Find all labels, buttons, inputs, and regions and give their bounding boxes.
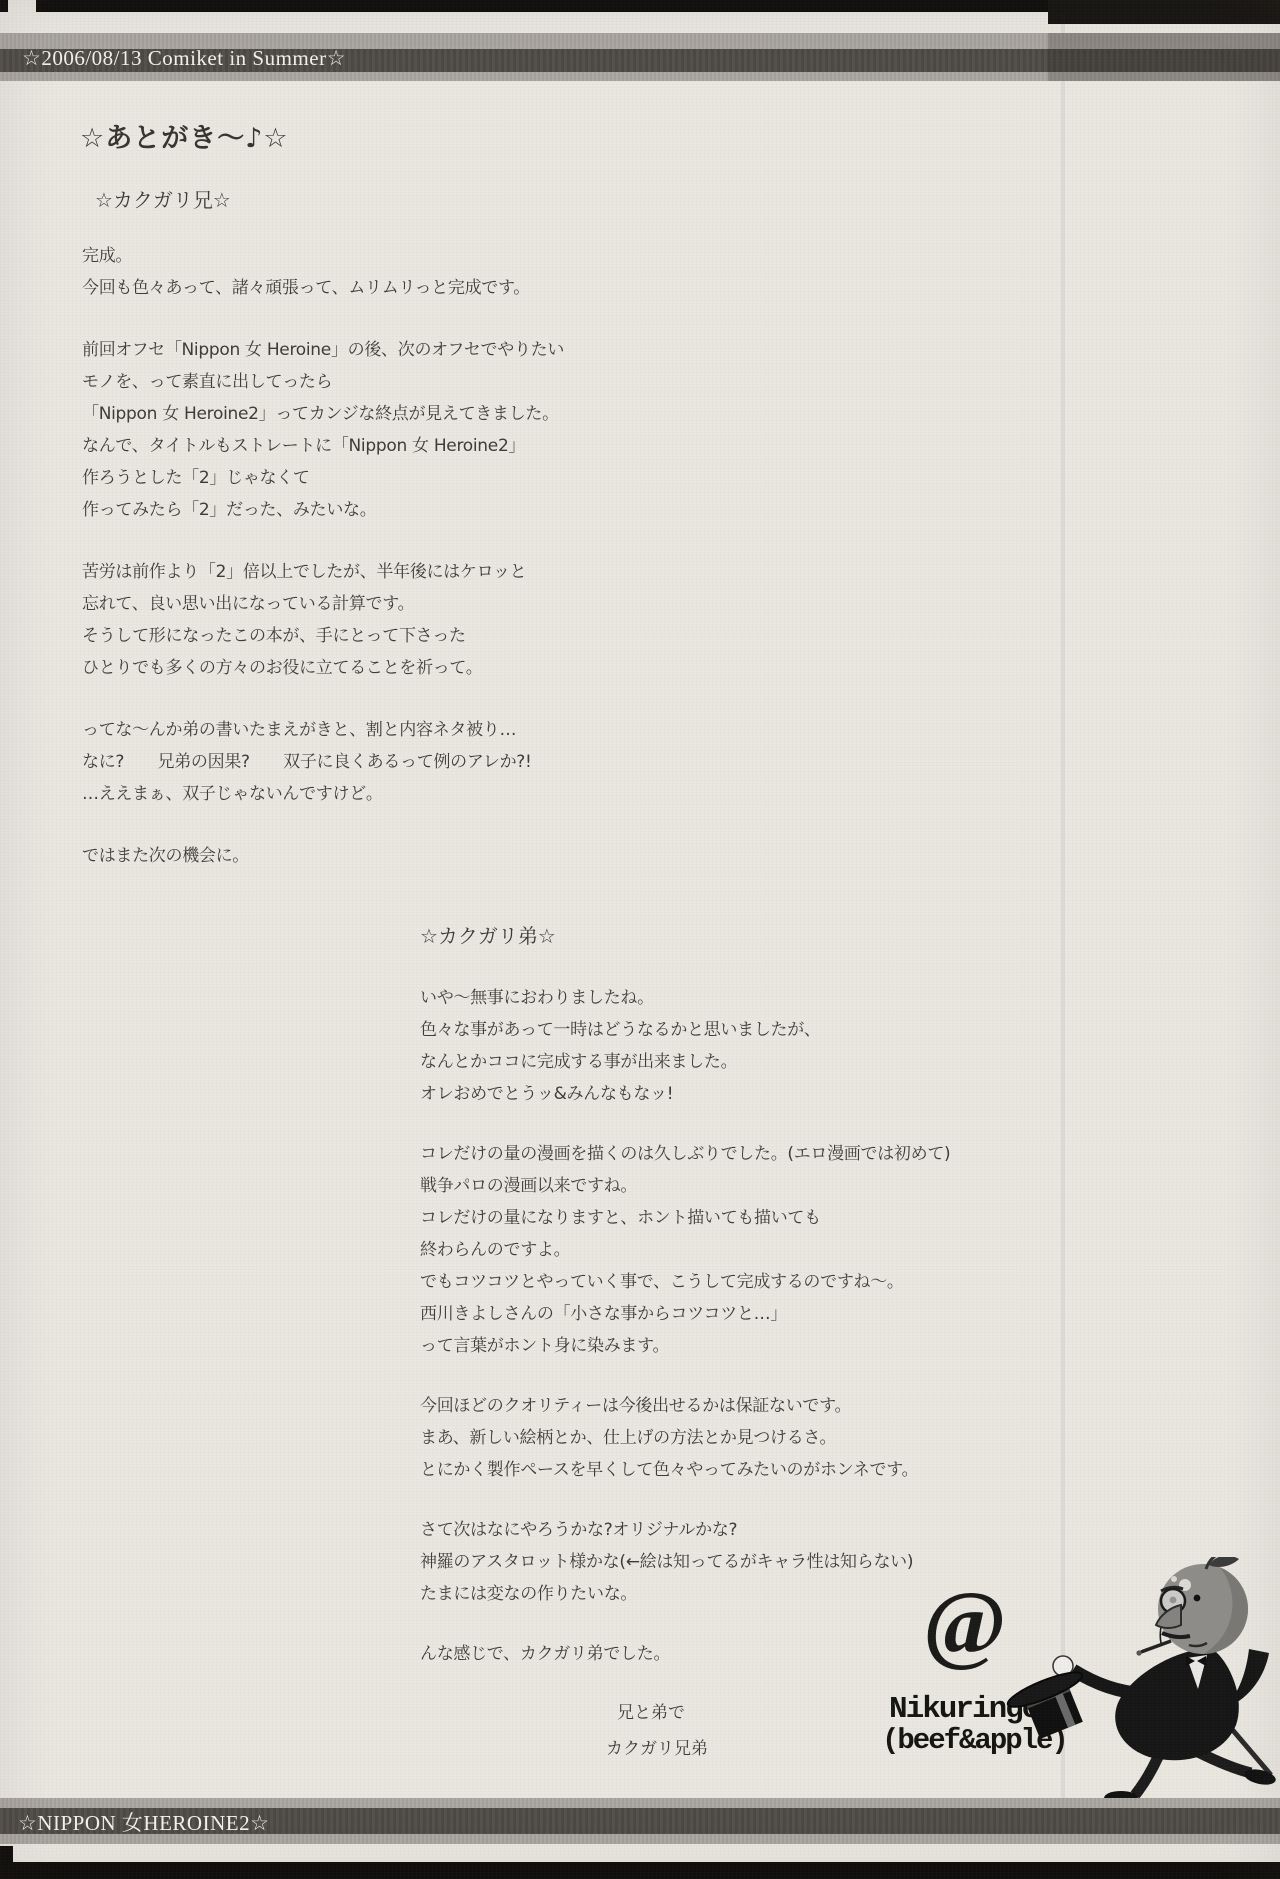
text-line: なんで、タイトルもストレートに「Nippon 女 Heroine2」 [82, 430, 564, 462]
afterword-elder-brother-text: 完成。今回も色々あって、諸々頑張って、ムリムリっと完成です。前回オフセ「Nipp… [82, 240, 564, 902]
paragraph: さて次はなにやろうかな?オリジナルかな?神羅のアスタロット様かな(←絵は知ってる… [420, 1514, 950, 1610]
text-line: 「Nippon 女 Heroine2」ってカンジな終点が見えてきました。 [82, 398, 564, 430]
text-line: 前回オフセ「Nippon 女 Heroine」の後、次のオフセでやりたい [82, 334, 564, 366]
text-line: なに? 兄弟の因果? 双子に良くあるって例のアレか?! [82, 746, 564, 778]
text-line: そうして形になったこの本が、手にとって下さった [82, 620, 564, 652]
header-event-date: ☆2006/08/13 Comiket in Summer☆ [22, 46, 346, 71]
paragraph: ではまた次の機会に。 [82, 840, 564, 872]
afterword-younger-brother-text: いや～無事におわりましたね。色々な事があって一時はどうなるかと思いましたが、なん… [420, 982, 950, 1698]
text-line: いや～無事におわりましたね。 [420, 982, 950, 1014]
header-band: ☆2006/08/13 Comiket in Summer☆ [0, 33, 1280, 81]
text-line: 戦争パロの漫画以来ですね。 [420, 1170, 950, 1202]
apple-gentleman-mascot [1003, 1557, 1278, 1807]
section-heading-elder-brother: ☆カクガリ兄☆ [95, 184, 231, 213]
paragraph: いや～無事におわりましたね。色々な事があって一時はどうなるかと思いましたが、なん… [420, 982, 950, 1110]
page-title: ☆あとがき～♪☆ [80, 116, 289, 155]
paragraph: 今回ほどのクオリティーは今後出せるかは保証ないです。まあ、新しい絵柄とか、仕上げ… [420, 1390, 950, 1486]
text-line: でもコツコツとやっていく事で、こうして完成するのですね～。 [420, 1266, 950, 1298]
page-crease-line [1061, 14, 1065, 1798]
scan-top-right-shadow [1048, 0, 1280, 24]
text-line: さて次はなにやろうかな?オリジナルかな? [420, 1514, 950, 1546]
text-line: なんとかココに完成する事が出来ました。 [420, 1046, 950, 1078]
scan-top-notch [8, 0, 36, 12]
section-heading-younger-brother: ☆カクガリ弟☆ [420, 920, 556, 949]
text-line: 作ってみたら「2」だった、みたいな。 [82, 494, 564, 526]
text-line: オレおめでとうッ&みんなもなッ! [420, 1078, 950, 1110]
signature-line-1: 兄と弟で [617, 1698, 685, 1723]
footer-band: ☆NIPPON 女HEROINE2☆ [0, 1798, 1280, 1844]
text-line: コレだけの量になりますと、ホント描いても描いても [420, 1202, 950, 1234]
text-line: …ええまぁ、双子じゃないんですけど。 [82, 778, 564, 810]
paragraph: 苦労は前作より「2」倍以上でしたが、半年後にはケロッと忘れて、良い思い出になって… [82, 556, 564, 684]
header-band-right-shade [1048, 33, 1280, 81]
cigarette [1141, 1641, 1171, 1652]
text-line: 色々な事があって一時はどうなるかと思いましたが、 [420, 1014, 950, 1046]
text-line: ひとりでも多くの方々のお役に立てることを祈って。 [82, 652, 564, 684]
paragraph: 前回オフセ「Nippon 女 Heroine」の後、次のオフセでやりたいモノを、… [82, 334, 564, 526]
text-line: 今回も色々あって、諸々頑張って、ムリムリっと完成です。 [82, 272, 564, 304]
front-leg [1135, 1757, 1158, 1795]
scan-bottom-left-mark [0, 1846, 13, 1879]
text-line: たまには変なの作りたいな。 [420, 1578, 950, 1610]
scanned-afterword-page: ☆2006/08/13 Comiket in Summer☆ ☆あとがき～♪☆ … [0, 0, 1280, 1879]
text-line: 苦労は前作より「2」倍以上でしたが、半年後にはケロッと [82, 556, 564, 588]
apple-head [1136, 1557, 1248, 1656]
paragraph: んな感じで、カクガリ弟でした。 [420, 1638, 950, 1670]
text-line: まあ、新しい絵柄とか、仕上げの方法とか見つけるさ。 [420, 1422, 950, 1454]
paragraph: 完成。今回も色々あって、諸々頑張って、ムリムリっと完成です。 [82, 240, 564, 304]
text-line: 西川きよしさんの「小さな事からコツコツと…」 [420, 1298, 950, 1330]
paragraph: コレだけの量の漫画を描くのは久しぶりでした。(エロ漫画では初めて)戦争パロの漫画… [420, 1138, 950, 1362]
text-line: モノを、って素直に出してったら [82, 366, 564, 398]
text-line: 完成。 [82, 240, 564, 272]
text-line: 作ろうとした「2」じゃなくて [82, 462, 564, 494]
text-line: とにかく製作ペースを早くして色々やってみたいのがホンネです。 [420, 1454, 950, 1486]
text-line: コレだけの量の漫画を描くのは久しぶりでした。(エロ漫画では初めて) [420, 1138, 950, 1170]
text-line: 終わらんのですよ。 [420, 1234, 950, 1266]
text-line: ってな～んか弟の書いたまえがきと、割と内容ネタ被り… [82, 714, 564, 746]
signature-line-2: カクガリ兄弟 [606, 1734, 708, 1759]
paragraph: ってな～んか弟の書いたまえがきと、割と内容ネタ被り…なに? 兄弟の因果? 双子に… [82, 714, 564, 810]
text-line: ではまた次の機会に。 [82, 840, 564, 872]
at-symbol: @ [923, 1578, 1007, 1670]
right-eye [1194, 1595, 1201, 1602]
scan-bottom-edge [0, 1862, 1280, 1879]
back-leg [1198, 1752, 1251, 1773]
cigarette-tip [1136, 1650, 1141, 1655]
text-line: 今回ほどのクオリティーは今後出せるかは保証ないです。 [420, 1390, 950, 1422]
text-line: 神羅のアスタロット様かな(←絵は知ってるがキャラ性は知らない) [420, 1546, 950, 1578]
text-line: 忘れて、良い思い出になっている計算です。 [82, 588, 564, 620]
footer-book-title: ☆NIPPON 女HEROINE2☆ [18, 1807, 269, 1837]
tailcoat [1115, 1649, 1239, 1760]
text-line: って言葉がホント身に染みます。 [420, 1330, 950, 1362]
text-line: んな感じで、カクガリ弟でした。 [420, 1638, 950, 1670]
